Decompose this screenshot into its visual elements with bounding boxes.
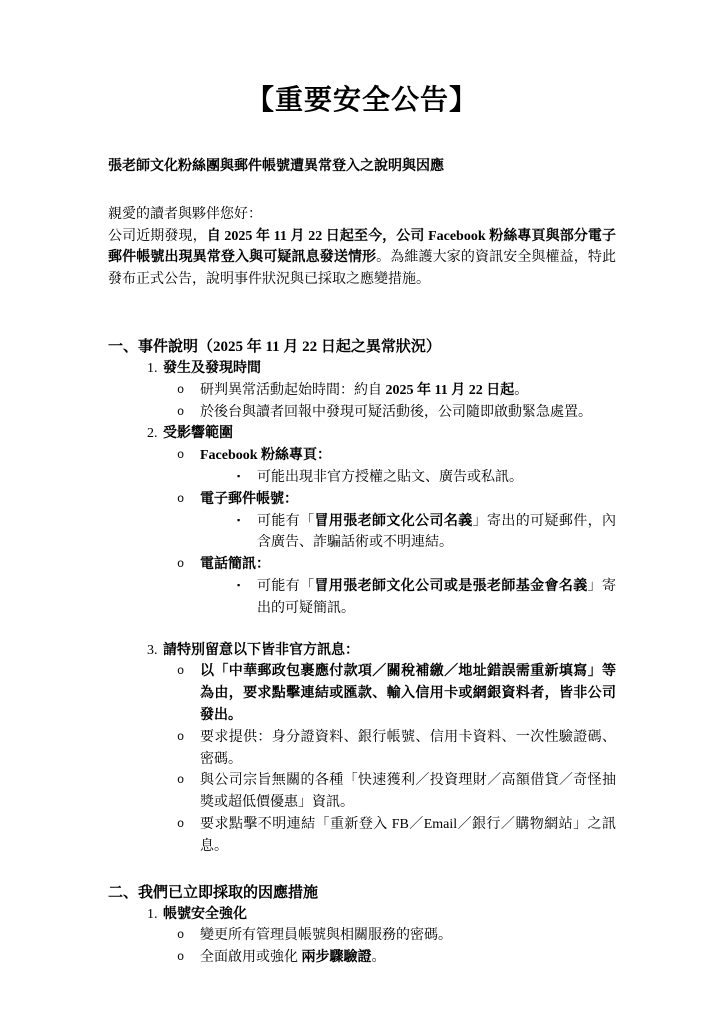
section1-item1-bullet1: o研判異常活動起始時間：約自 2025 年 11 月 22 日起。 bbox=[108, 380, 616, 402]
circle-bullet-marker: o bbox=[177, 770, 184, 792]
section1-item3-bullet3: o與公司宗旨無關的各種「快速獲利／投資理財／高額借貸／奇怪抽獎或超低價優惠」資訊… bbox=[108, 770, 616, 814]
section-1-heading: 一、事件說明（2025 年 11 月 22 日起之異常狀況） bbox=[108, 336, 616, 358]
text-run: 於後台與讀者回報中發現可疑活動後，公司隨即啟動緊急處置。 bbox=[200, 405, 592, 420]
circle-bullet-marker: o bbox=[177, 554, 184, 576]
section1-item3-row: 3.請特別留意以下皆非官方訊息： bbox=[108, 640, 616, 662]
section1-item1-bullet2: o於後台與讀者回報中發現可疑活動後，公司隨即啟動緊急處置。 bbox=[108, 402, 616, 424]
text-run: 。 bbox=[372, 950, 386, 965]
greeting-line: 親愛的讀者與夥伴您好： bbox=[108, 204, 616, 226]
circle-bullet-marker: o bbox=[177, 727, 184, 749]
section1-item3-title: 請特別留意以下皆非官方訊息： bbox=[163, 643, 359, 658]
circle-bullet-marker: o bbox=[177, 925, 184, 947]
section1-item2-row: 2.受影響範圍 bbox=[108, 423, 616, 445]
email-scope-title: 電子郵件帳號： bbox=[200, 492, 298, 507]
text-run-bold: 以「中華郵政包裹應付款項／關稅補繳／地址錯誤需重新填寫」等為由，要求點擊連結或匯… bbox=[200, 664, 616, 723]
circle-bullet-marker: o bbox=[177, 947, 184, 969]
section2-item1-bullet2: o全面啟用或強化 兩步驟驗證。 bbox=[108, 947, 616, 969]
section2-item1-bullet1: o變更所有管理員帳號與相關服務的密碼。 bbox=[108, 925, 616, 947]
sms-scope-detail: ▪可能有「冒用張老師文化公司或是張老師基金會名義」寄出的可疑簡訊。 bbox=[108, 576, 616, 620]
sms-scope-row: o電話簡訊： bbox=[108, 554, 616, 576]
square-bullet-marker: ▪ bbox=[237, 575, 240, 597]
section2-item1-row: 1.帳號安全強化 bbox=[108, 904, 616, 926]
text-run-bold: 兩步驟驗證 bbox=[302, 950, 372, 965]
section1-item2-title: 受影響範圍 bbox=[163, 426, 233, 441]
intro-paragraph: 公司近期發現，自 2025 年 11 月 22 日起至今，公司 Facebook… bbox=[108, 226, 616, 291]
circle-bullet-marker: o bbox=[177, 402, 184, 424]
section-2-heading: 二、我們已立即採取的因應措施 bbox=[108, 882, 616, 904]
section2-item1-title: 帳號安全強化 bbox=[163, 907, 247, 922]
section1-item3-bullet1: o以「中華郵政包裹應付款項／關稅補繳／地址錯誤需重新填寫」等為由，要求點擊連結或… bbox=[108, 661, 616, 726]
document-page: 【重要安全公告】 張老師文化粉絲團與郵件帳號遭異常登入之說明與因應 親愛的讀者與… bbox=[0, 0, 724, 1024]
circle-bullet-marker: o bbox=[177, 445, 184, 467]
text-run: 。 bbox=[514, 383, 528, 398]
section1-item3-bullet2: o要求提供：身分證資料、銀行帳號、信用卡資料、一次性驗證碼、密碼。 bbox=[108, 727, 616, 771]
sms-scope-title: 電話簡訊： bbox=[200, 557, 270, 572]
text-run: 變更所有管理員帳號與相關服務的密碼。 bbox=[200, 928, 452, 943]
section1-item1-row: 1.發生及發現時間 bbox=[108, 358, 616, 380]
square-bullet-marker: ▪ bbox=[237, 466, 240, 488]
text-run: 與公司宗旨無關的各種「快速獲利／投資理財／高額借貸／奇怪抽獎或超低價優惠」資訊。 bbox=[200, 773, 616, 810]
text-run: 全面啟用或強化 bbox=[200, 950, 302, 965]
text-run-bold: 2025 年 11 月 22 日起 bbox=[386, 383, 515, 398]
text-run: 可能出現非官方授權之貼文、廣告或私訊。 bbox=[257, 470, 523, 485]
list-number: 1. bbox=[147, 358, 158, 380]
intro-run-1: 公司近期發現， bbox=[108, 229, 207, 244]
section1-item3-bullet4: o要求點擊不明連結「重新登入 FB／Email／銀行／購物網站」之訊息。 bbox=[108, 814, 616, 858]
text-run: 可能有「 bbox=[257, 579, 315, 594]
circle-bullet-marker: o bbox=[177, 814, 184, 836]
circle-bullet-marker: o bbox=[177, 489, 184, 511]
text-run: 要求點擊不明連結「重新登入 FB／Email／銀行／購物網站」之訊息。 bbox=[200, 817, 616, 854]
text-run-bold: 冒用張老師文化公司名義 bbox=[315, 514, 473, 529]
email-scope-detail: ▪可能有「冒用張老師文化公司名義」寄出的可疑郵件，內含廣告、詐騙話術或不明連結。 bbox=[108, 511, 616, 555]
text-run: 可能有「 bbox=[257, 514, 315, 529]
square-bullet-marker: ▪ bbox=[237, 510, 240, 532]
circle-bullet-marker: o bbox=[177, 380, 184, 402]
text-run: 研判異常活動起始時間：約自 bbox=[200, 383, 386, 398]
facebook-scope-row: oFacebook 粉絲專頁： bbox=[108, 445, 616, 467]
circle-bullet-marker: o bbox=[177, 661, 184, 683]
text-run: 要求提供：身分證資料、銀行帳號、信用卡資料、一次性驗證碼、密碼。 bbox=[200, 730, 616, 767]
list-number: 2. bbox=[147, 423, 158, 445]
section1-item1-title: 發生及發現時間 bbox=[163, 361, 261, 376]
list-number: 1. bbox=[147, 904, 158, 926]
email-scope-row: o電子郵件帳號： bbox=[108, 489, 616, 511]
list-number: 3. bbox=[147, 640, 158, 662]
text-run-bold: 冒用張老師文化公司或是張老師基金會名義 bbox=[315, 579, 588, 594]
facebook-scope-title: Facebook 粉絲專頁： bbox=[200, 448, 331, 463]
document-title: 【重要安全公告】 bbox=[108, 82, 616, 120]
document-subtitle: 張老師文化粉絲團與郵件帳號遭異常登入之說明與因應 bbox=[108, 156, 616, 178]
facebook-scope-detail: ▪可能出現非官方授權之貼文、廣告或私訊。 bbox=[108, 467, 616, 489]
